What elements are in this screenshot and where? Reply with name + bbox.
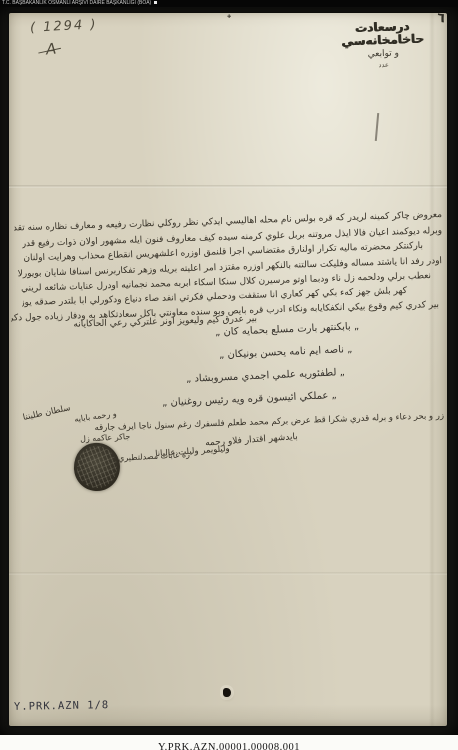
- ink-seal-stamp: [71, 440, 123, 494]
- paper-fold-crease: [429, 13, 435, 726]
- paper-fold-crease: [9, 185, 447, 188]
- paper-fold-crease: [9, 572, 447, 575]
- scan-header-marker-icon: [154, 1, 157, 4]
- scan-header-label: T.C. BAŞBAKANLIK OSMANLI ARŞİVİ DAİRE BA…: [2, 0, 151, 6]
- paper-hole: [223, 688, 231, 697]
- marginal-note: سلطان طليننا: [22, 403, 71, 423]
- signature-note: جاكر عاكمه زل: [80, 432, 131, 444]
- listed-name-line: „ ناصه ايم نامه يحسن بونيكان „: [219, 344, 353, 361]
- catalog-reference: Y.PRK.AZN.00001.00008.001: [158, 742, 300, 750]
- letterhead-subtitle: و توابعي: [341, 48, 425, 61]
- scan-header-bar: T.C. BAŞBAKANLIK OSMANLI ARŞİVİ DAİRE BA…: [0, 0, 458, 7]
- listed-name-line: „ عملكي ائيسون قره ويه رئيس روغنيان „: [162, 390, 337, 409]
- document-paper: ( 1294 ) A ٦ ✚ درسعادت حاخامخانه‌سي و تو…: [9, 13, 447, 726]
- catalog-footer: Y.PRK.AZN.00001.00008.001: [0, 735, 458, 750]
- seal-calligraphy-texture: [74, 443, 119, 490]
- corner-page-numeral: ٦: [436, 11, 446, 27]
- pencil-initial-annotation: A: [45, 40, 57, 59]
- pencil-year-annotation: ( 1294 ): [30, 17, 98, 36]
- letterhead-calligraphy: درسعادت حاخامخانه‌سي: [340, 20, 425, 48]
- archival-scan-page: T.C. BAŞBAKANLIK OSMANLI ARŞİVİ DAİRE BA…: [0, 0, 458, 750]
- photo-background: ( 1294 ) A ٦ ✚ درسعادت حاخامخانه‌سي و تو…: [0, 7, 458, 735]
- signature-note: ره غابات مصدلتطيري: [118, 450, 190, 463]
- closing-line: زر و بحر دعاء و برله قدري شكرا قط عرض بر…: [92, 411, 444, 433]
- letterhead-numero: عدد: [342, 60, 426, 71]
- letterhead: درسعادت حاخامخانه‌سي و توابعي عدد: [340, 20, 426, 71]
- archival-reference-note: Y.PRK.AZN 1/8: [14, 699, 109, 713]
- ink-stroke-mark: [375, 113, 379, 141]
- registry-mark-icon: ✚: [227, 14, 231, 20]
- listed-name-line: „ لطفئوريه علمي اجمدي مسروبشاد „: [186, 367, 345, 385]
